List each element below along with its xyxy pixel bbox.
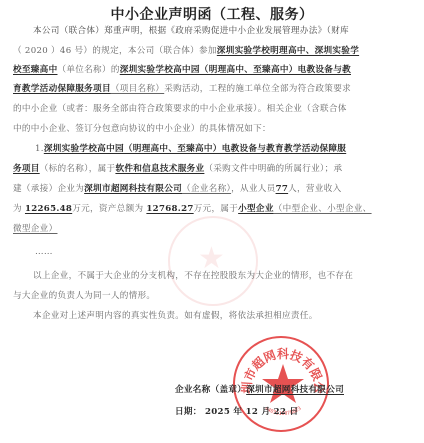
revenue-value: 12265.48 <box>25 204 72 214</box>
company-name-value: 深圳市超网科技有限公司 <box>246 385 344 395</box>
enterprise-size: 小型企业 <box>238 204 274 214</box>
date-month: 12 <box>246 407 259 417</box>
text: 以上企业，不属于大企业的分支机构，不存在控股股东为大企业的情形，也不存在 <box>33 271 353 281</box>
text: 与大企业的负责人为同一人的情形。 <box>13 291 155 301</box>
para2-line2: 与大企业的负责人为同一人的情形。 <box>13 291 413 302</box>
para1-line4: 育教学活动保障服务项目（项目名称）采购活动，工程的施工单位全部为符合政策要求 <box>13 84 413 95</box>
text: 的中小企业（或者：服务全部由符合政策要求的中小企业承接）。相关企业（含联合体 <box>13 104 347 114</box>
ellipsis: …… <box>13 247 424 258</box>
revenue-unit: 万元，资产总额为 <box>72 204 143 214</box>
company-label: （企业名称） <box>182 184 231 194</box>
project-name-cont: 育教学活动保障服务项目 <box>13 84 111 94</box>
company-name: 深圳市超网科技有限公司 <box>84 184 182 194</box>
project-label: （项目名称） <box>111 84 164 94</box>
text: （ 2020 ）46 号）的规定，本公司（联合体）参加 <box>13 46 217 56</box>
project-name: 深圳实验学校高中园（明理高中、至臻高中）电教设备与教 <box>120 65 351 75</box>
size-options-cont: 微型企业） <box>13 224 57 234</box>
signature-company: 企业名称（盖章）深圳市超网科技有限公司 <box>175 383 344 395</box>
contractor-prefix: 建（承接）企业为 <box>13 184 84 194</box>
item1-line2: 务项目（标的名称），属于软件和信息技术服务业（采购文件中明确的所属行业）；承 <box>13 164 413 175</box>
document-page: ★ 中小企业声明函（工程、服务） 本公司（联合体）郑重声明，根据《政府采购促进中… <box>0 0 424 443</box>
text: …… <box>35 247 53 257</box>
text: 本公司（联合体）郑重声明，根据《政府采购促进中小企业发展管理办法》（财库 <box>33 26 349 36</box>
revenue-prefix: 为 <box>13 204 22 214</box>
text: 采购活动，工程的施工单位全部为符合政策要求 <box>164 84 351 94</box>
date-month-unit: 月 <box>261 407 270 417</box>
para1-line3: 校至臻高中（单位名称）的深圳实验学校高中园（明理高中、至臻高中）电教设备与教 <box>13 65 413 76</box>
employees-suffix: 人，营业收入 <box>288 184 341 194</box>
date-year-unit: 年 <box>233 407 242 417</box>
signature-date: 日期： 2025 年 12 月 22 日 <box>175 405 298 417</box>
employees-prefix: ，从业人员 <box>231 184 275 194</box>
industry: 软件和信息技术服务业 <box>115 164 204 174</box>
text: 中的中小企业、签订分包意向协议的中小企业）的具体情况如下： <box>13 124 271 134</box>
item-number: 1. <box>35 144 44 154</box>
item1-line1: 1.深圳实验学校高中园（明理高中、至臻高中）电教设备与教育教学活动保障服 <box>13 144 424 155</box>
date-day-unit: 日 <box>290 407 299 417</box>
item1-line5: 微型企业） <box>13 224 413 235</box>
para3: 本企业对上述声明内容的真实性负责。如有虚假，将依法承担相应责任。 <box>13 311 424 322</box>
subject-label: （标的名称），属于 <box>40 164 116 174</box>
date-day: 22 <box>274 407 287 417</box>
unit-name: 深圳实验学校明理高中、深圳实验学 <box>217 46 359 56</box>
item1-line4: 为 12265.48万元，资产总额为 12768.27万元，属于小型企业（中型企… <box>13 204 413 215</box>
subject-name: 深圳实验学校高中园（明理高中、至臻高中）电教设备与教育教学活动保障服 <box>44 144 346 154</box>
date-label: 日期： <box>175 407 202 417</box>
industry-label: （采购文件中明确的所属行业）；承 <box>204 164 342 174</box>
para1-line6: 中的中小企业、签订分包意向协议的中小企业）的具体情况如下： <box>13 124 413 135</box>
employees-count: 77 <box>276 184 289 194</box>
text: 本企业对上述声明内容的真实性负责。如有虚假，将依法承担相应责任。 <box>33 311 318 321</box>
subject-name-cont: 务项目 <box>13 164 40 174</box>
size-options: （中型企业、小型企业、 <box>274 204 372 214</box>
company-name-label: 企业名称（盖章） <box>175 385 246 395</box>
date-year: 2025 <box>205 407 230 417</box>
document-title: 中小企业声明函（工程、服务） <box>0 4 424 24</box>
para1-line1: 本公司（联合体）郑重声明，根据《政府采购促进中小企业发展管理办法》（财库 <box>13 26 424 37</box>
assets-value: 12768.27 <box>146 204 193 214</box>
para1-line5: 的中小企业（或者：服务全部由符合政策要求的中小企业承接）。相关企业（含联合体 <box>13 104 413 115</box>
para2-line1: 以上企业，不属于大企业的分支机构，不存在控股股东为大企业的情形，也不存在 <box>13 271 424 282</box>
para1-line2: （ 2020 ）46 号）的规定，本公司（联合体）参加深圳实验学校明理高中、深圳… <box>13 46 413 57</box>
assets-unit: 万元，属于 <box>194 204 238 214</box>
unit-label: （单位名称）的 <box>57 65 119 75</box>
item1-line3: 建（承接）企业为深圳市超网科技有限公司（企业名称），从业人员77人，营业收入 <box>13 184 413 195</box>
unit-name-cont: 校至臻高中 <box>13 65 57 75</box>
